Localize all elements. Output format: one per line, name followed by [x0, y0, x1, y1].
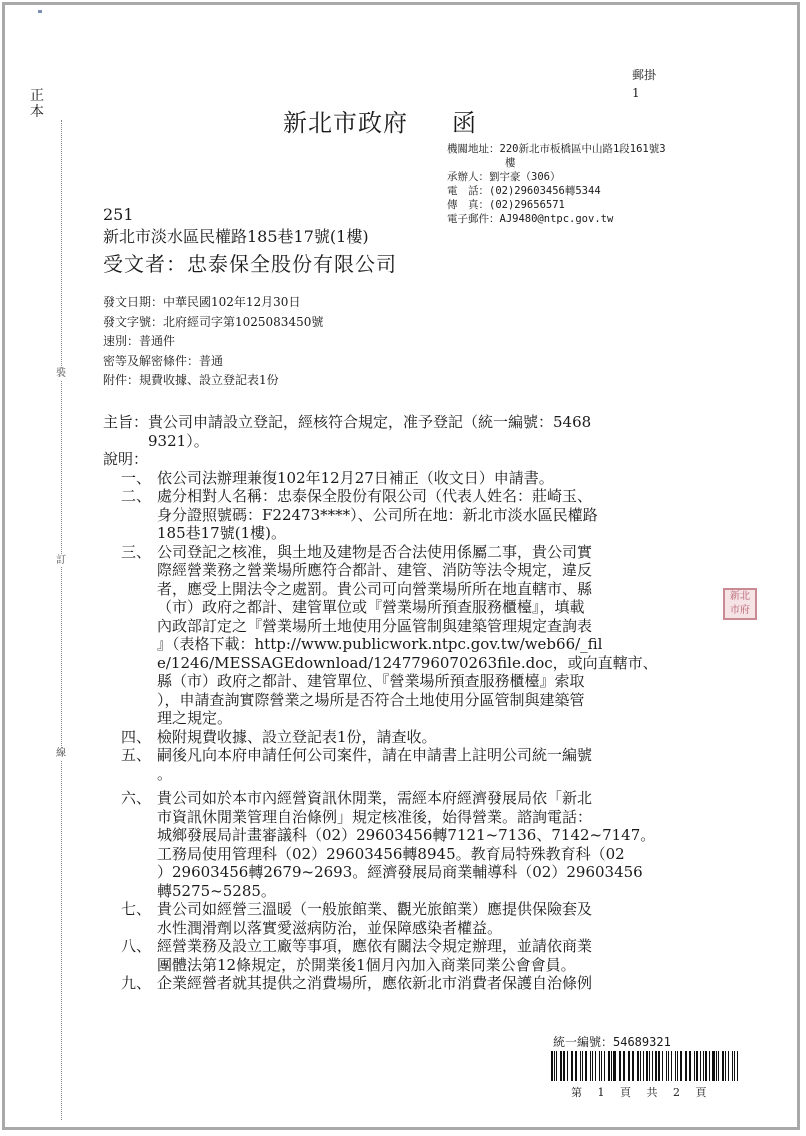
- item-text: 檢附規費收據、設立登記表1份，請查收。: [157, 728, 743, 747]
- barcode-bar: [640, 1051, 641, 1081]
- doc-type: 函: [452, 109, 477, 137]
- barcode-bar: [709, 1051, 710, 1081]
- barcode-bar: [623, 1051, 625, 1081]
- item-text: 依公司法辦理兼復102年12月27日補正（收文日）申請書。: [157, 469, 743, 488]
- postal-mark-count: 1: [632, 84, 656, 102]
- barcode-bar: [567, 1051, 568, 1081]
- barcode-bar: [604, 1051, 606, 1081]
- barcode-bar: [652, 1051, 653, 1081]
- document-title: 新北市政府函: [283, 103, 477, 138]
- barcode-bar: [608, 1051, 610, 1081]
- barcode-bar: [728, 1051, 729, 1081]
- item-text: 處分相對人名稱：忠泰保全股份有限公司（代表人姓名：莊崎玉、 身分證照號碼：F22…: [157, 487, 743, 543]
- agency-contact: 承辦人：劉宇豪（306）: [447, 170, 666, 184]
- issue-date: 發文日期：中華民國102年12月30日: [103, 293, 323, 313]
- item-number: 六、: [121, 789, 157, 900]
- explanation-item: 八、 經營業務及設立工廠等事項，應依有關法令規定辦理，並請依商業 團體法第12條…: [121, 937, 743, 974]
- barcode-bar: [563, 1051, 565, 1081]
- barcode-bar: [572, 1051, 573, 1081]
- explanation-heading: 說明：: [103, 450, 743, 469]
- barcode-bar: [611, 1051, 612, 1081]
- postal-mark: 郵掛 1: [632, 66, 656, 102]
- page-indicator: 第 1 頁 共 2 頁: [571, 1084, 712, 1100]
- barcode-bar: [696, 1051, 698, 1081]
- barcode-bar: [680, 1051, 682, 1081]
- item-text: 經營業務及設立工廠等事項，應依有關法令規定辦理，並請依商業 團體法第12條規定，…: [157, 937, 743, 974]
- barcode-bar: [585, 1051, 587, 1081]
- explanation-item: 六、 貴公司如於本市內經營資訊休閒業，需經本府經濟發展局依「新北 市資訊休閒業管…: [121, 789, 743, 900]
- barcode-bar: [632, 1051, 634, 1081]
- barcode-bar: [668, 1051, 670, 1081]
- explanation-item: 三、 公司登記之核准，與土地及建物是否合法使用係屬二事，貴公司實 際經營業務之營…: [121, 543, 743, 728]
- agency-fax: 傳 真：(02)29656571: [447, 198, 666, 212]
- barcode-bar: [700, 1051, 701, 1081]
- barcode-bar: [628, 1051, 629, 1081]
- item-number: 五、: [121, 746, 157, 783]
- subject: 主旨： 貴公司申請設立登記，經核符合規定，准予登記（統一編號：5468 9321…: [103, 413, 743, 450]
- barcode: [551, 1051, 741, 1081]
- item-number: 二、: [121, 487, 157, 543]
- barcode-bar: [590, 1051, 591, 1081]
- barcode-bar: [592, 1051, 593, 1081]
- document-meta: 發文日期：中華民國102年12月30日 發文字號：北府經司字第102508345…: [103, 293, 323, 391]
- barcode-bar: [722, 1051, 724, 1081]
- explanation-item: 七、 貴公司如經營三溫暖（一般旅館業、觀光旅館業）應提供保險套及 水性潤滑劑以落…: [121, 900, 743, 937]
- barcode-bar: [675, 1051, 676, 1081]
- item-text: 公司登記之核准，與土地及建物是否合法使用係屬二事，貴公司實 際經營業務之營業場所…: [157, 543, 743, 728]
- barcode-bar: [716, 1051, 717, 1081]
- barcode-bar: [560, 1051, 562, 1081]
- barcode-bar: [646, 1051, 648, 1081]
- barcode-bar: [694, 1051, 695, 1081]
- explanation-item: 一、 依公司法辦理兼復102年12月27日補正（收文日）申請書。: [121, 469, 743, 488]
- barcode-bar: [705, 1051, 707, 1081]
- barcode-bar: [677, 1051, 679, 1081]
- unified-number: 統一編號：54689321: [553, 1033, 671, 1050]
- barcode-bar: [554, 1051, 555, 1081]
- barcode-bar: [666, 1051, 667, 1081]
- barcode-bar: [718, 1051, 719, 1081]
- binding-mark-xian: 線: [56, 748, 66, 760]
- item-text: 貴公司如於本市內經營資訊休閒業，需經本府經濟發展局依「新北 市資訊休閒業管理自治…: [157, 789, 743, 900]
- attachment: 附件：規費收據、設立登記表1份: [103, 371, 323, 391]
- barcode-bar: [732, 1051, 733, 1081]
- recipient: 受文者：忠泰保全股份有限公司: [103, 248, 397, 277]
- barcode-bar: [655, 1051, 657, 1081]
- barcode-bar: [662, 1051, 663, 1081]
- binding-mark-zhuang: 裝: [56, 368, 66, 380]
- barcode-bar: [629, 1051, 630, 1081]
- explanation-label: 說明：: [103, 450, 148, 469]
- issuer-name: 新北市政府: [283, 109, 408, 137]
- agency-email: 電子郵件：AJ9480@ntpc.gov.tw: [447, 212, 666, 226]
- item-number: 三、: [121, 543, 157, 728]
- barcode-bar: [712, 1051, 714, 1081]
- copy-label: 正本: [30, 88, 44, 120]
- item-number: 一、: [121, 469, 157, 488]
- agency-address: 機關地址：220新北市板橋區中山路1段161號3: [447, 142, 666, 156]
- barcode-bar: [725, 1051, 727, 1081]
- barcode-bar: [571, 1051, 572, 1081]
- confidentiality: 密等及解密條件：普通: [103, 352, 323, 372]
- barcode-bar: [649, 1051, 650, 1081]
- recipient-zip: 251: [103, 205, 134, 224]
- item-number: 七、: [121, 900, 157, 937]
- seal-stamp: 新北 市府: [723, 588, 757, 620]
- barcode-bar: [619, 1051, 620, 1081]
- barcode-bar: [551, 1051, 553, 1081]
- barcode-bar: [686, 1051, 687, 1081]
- barcode-bar: [595, 1051, 597, 1081]
- barcode-bar: [580, 1051, 582, 1081]
- barcode-bar: [556, 1051, 557, 1081]
- agency-phone: 電 話：(02)29603456轉5344: [447, 184, 666, 198]
- item-number: 九、: [121, 974, 157, 993]
- subject-text: 貴公司申請設立登記，經核符合規定，准予登記（統一編號：5468 9321）。: [148, 413, 743, 450]
- document-body: 主旨： 貴公司申請設立登記，經核符合規定，准予登記（統一編號：5468 9321…: [103, 413, 743, 993]
- barcode-bar: [575, 1051, 577, 1081]
- barcode-bar: [685, 1051, 686, 1081]
- agency-address-cont: 樓: [447, 156, 666, 170]
- barcode-bar: [620, 1051, 621, 1081]
- barcode-bar: [703, 1051, 704, 1081]
- postal-mark-type: 郵掛: [632, 66, 656, 84]
- item-text: 嗣後凡向本府申請任何公司案件，請在申請書上註明公司統一編號 。: [157, 746, 743, 783]
- barcode-bar: [658, 1051, 660, 1081]
- explanation-item: 九、 企業經營者就其提供之消費場所，應依新北市消費者保護自治條例: [121, 974, 743, 993]
- binding-line: [61, 120, 62, 1120]
- explanation-item: 五、 嗣後凡向本府申請任何公司案件，請在申請書上註明公司統一編號 。: [121, 746, 743, 783]
- item-text: 企業經營者就其提供之消費場所，應依新北市消費者保護自治條例: [157, 974, 743, 993]
- explanation-item: 四、 檢附規費收據、設立登記表1份，請查收。: [121, 728, 743, 747]
- barcode-bar: [637, 1051, 639, 1081]
- explanation-item: 二、 處分相對人名稱：忠泰保全股份有限公司（代表人姓名：莊崎玉、 身分證照號碼：…: [121, 487, 743, 543]
- item-text: 貴公司如經營三溫暖（一般旅館業、觀光旅館業）應提供保險套及 水性潤滑劑以落實愛滋…: [157, 900, 743, 937]
- speed-class: 速別：普通件: [103, 332, 323, 352]
- barcode-bar: [734, 1051, 736, 1081]
- barcode-bar: [643, 1051, 644, 1081]
- agency-info: 機關地址：220新北市板橋區中山路1段161號3 樓 承辦人：劉宇豪（306） …: [447, 142, 666, 226]
- barcode-bar: [599, 1051, 600, 1081]
- item-number: 八、: [121, 937, 157, 974]
- item-number: 四、: [121, 728, 157, 747]
- barcode-bar: [737, 1051, 738, 1081]
- scan-mark: [38, 10, 42, 13]
- barcode-bar: [689, 1051, 691, 1081]
- subject-label: 主旨：: [103, 413, 148, 450]
- recipient-address: 新北市淡水區民權路185巷17號(1樓): [103, 224, 369, 247]
- barcode-bar: [582, 1051, 583, 1081]
- doc-number: 發文字號：北府經司字第1025083450號: [103, 313, 323, 333]
- barcode-bar: [671, 1051, 672, 1081]
- barcode-bar: [613, 1051, 615, 1081]
- barcode-bar: [601, 1051, 602, 1081]
- binding-mark-ding: 訂: [56, 555, 66, 567]
